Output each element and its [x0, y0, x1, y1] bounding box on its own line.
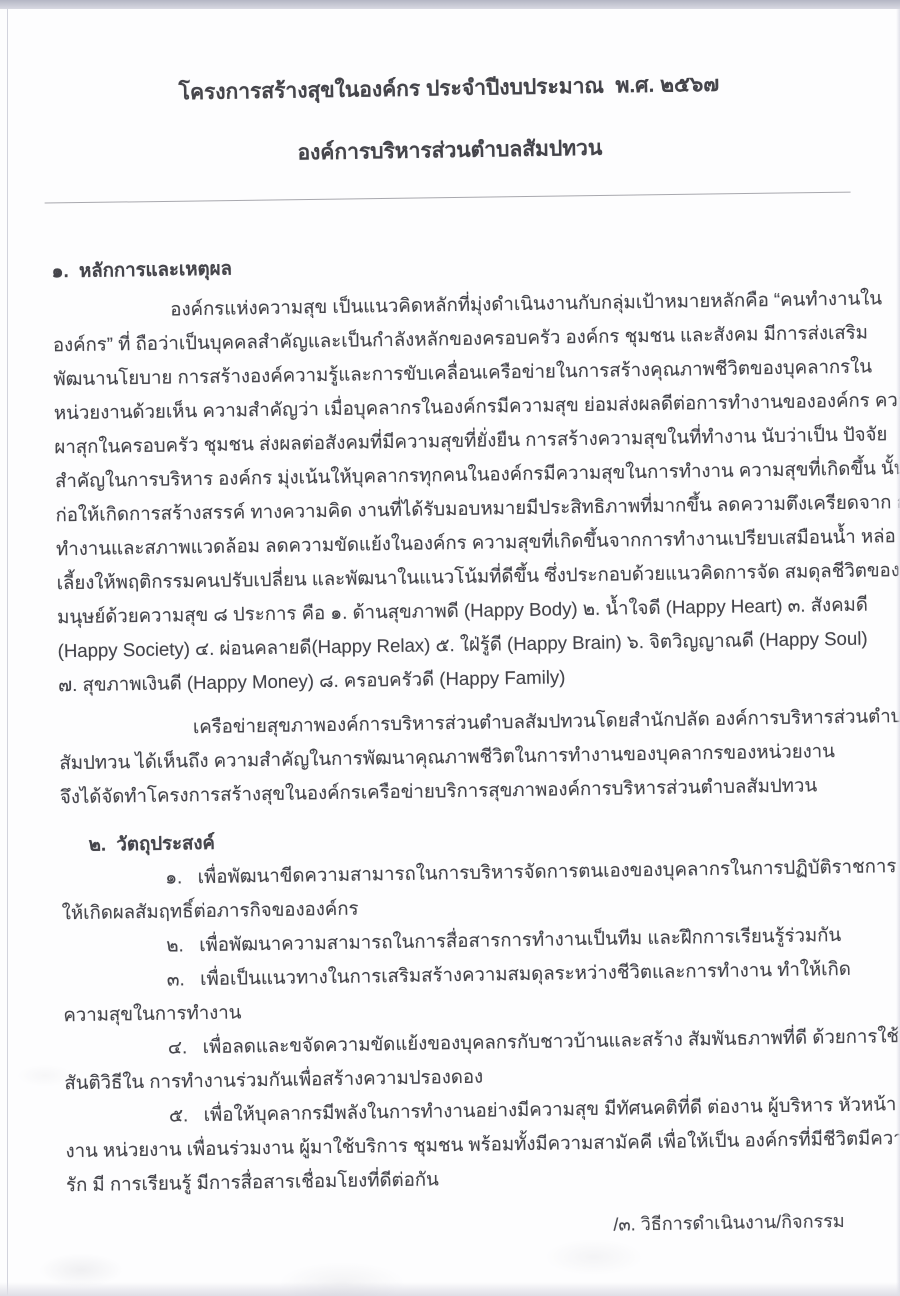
scan-left-edge [7, 9, 8, 1296]
scan-right-edge [896, 9, 900, 1296]
document-title-line-2: องค์การบริหารส่วนตำบลสัมปทวน [50, 130, 850, 173]
title-divider-line [45, 192, 851, 204]
page-footer-note: /๓. วิธีการดำเนินงาน/กิจกรรม [67, 1206, 867, 1249]
document-body: ๑. หลักการและเหตุผลองค์กรแห่งความสุข เป็… [51, 242, 866, 1202]
scanned-page: โครงการสร้างสุขในองค์กร ประจำปีงบประมาณ … [48, 54, 866, 1248]
document-title-line-1: โครงการสร้างสุขในองค์กร ประจำปีงบประมาณ … [49, 68, 849, 111]
scan-top-edge [0, 0, 900, 9]
doc-line-1-heading-1: ๑. หลักการและเหตุผล [51, 242, 851, 289]
scan-bottom-edge [0, 1282, 900, 1296]
